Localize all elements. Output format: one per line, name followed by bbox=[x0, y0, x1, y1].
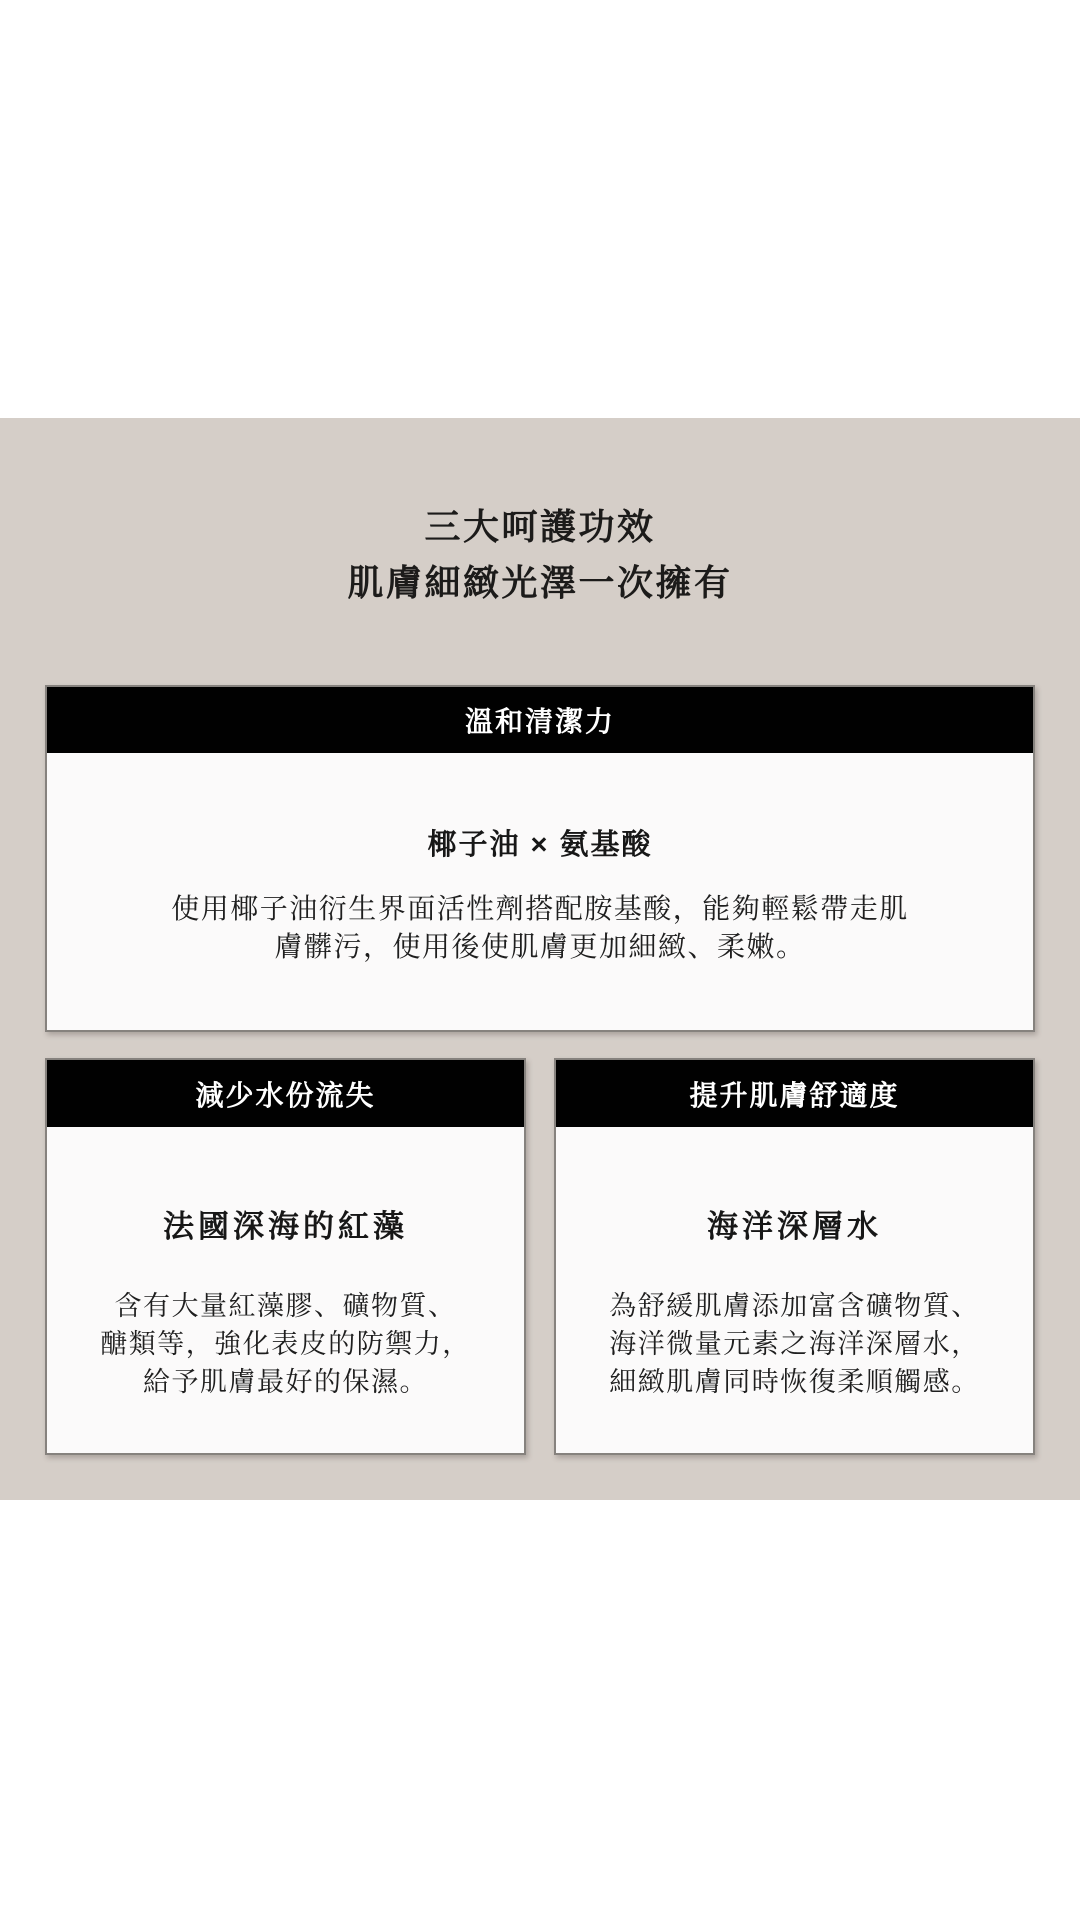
card-header-label: 減少水份流失 bbox=[195, 1074, 375, 1114]
section-title-line-1: 三大呵護功效 bbox=[45, 499, 1035, 555]
section-title-line-2: 肌膚細緻光澤一次擁有 bbox=[45, 555, 1035, 611]
paragraph-line: 海洋微量元素之海洋深層水， bbox=[556, 1325, 1033, 1363]
card-header-label: 提升肌膚舒適度 bbox=[689, 1074, 899, 1114]
card-skin-comfort: 提升肌膚舒適度 海洋深層水 為舒緩肌膚添加富含礦物質、 海洋微量元素之海洋深層水… bbox=[554, 1058, 1035, 1455]
cards-row: 減少水份流失 法國深海的紅藻 含有大量紅藻膠、礦物質、 醣類等，強化表皮的防禦力… bbox=[45, 1058, 1035, 1455]
card-gentle-cleansing: 溫和清潔力 椰子油 × 氨基酸 使用椰子油衍生界面活性劑搭配胺基酸，能夠輕鬆帶走… bbox=[45, 685, 1035, 1032]
card-subheading: 法國深海的紅藻 bbox=[47, 1209, 524, 1245]
card-header-bar: 減少水份流失 bbox=[47, 1060, 524, 1127]
card-paragraph: 為舒緩肌膚添加富含礦物質、 海洋微量元素之海洋深層水， 細緻肌膚同時恢復柔順觸感… bbox=[556, 1287, 1033, 1401]
top-whitespace bbox=[0, 0, 1080, 418]
card-paragraph: 使用椰子油衍生界面活性劑搭配胺基酸，能夠輕鬆帶走肌 膚髒污，使用後使肌膚更加細緻… bbox=[47, 890, 1033, 966]
card-header-label: 溫和清潔力 bbox=[465, 700, 615, 740]
feature-section: 三大呵護功效 肌膚細緻光澤一次擁有 溫和清潔力 椰子油 × 氨基酸 使用椰子油衍… bbox=[0, 418, 1080, 1500]
card-paragraph: 含有大量紅藻膠、礦物質、 醣類等，強化表皮的防禦力， 給予肌膚最好的保濕。 bbox=[47, 1287, 524, 1401]
paragraph-line: 含有大量紅藻膠、礦物質、 bbox=[47, 1287, 524, 1325]
card-moisture-retention: 減少水份流失 法國深海的紅藻 含有大量紅藻膠、礦物質、 醣類等，強化表皮的防禦力… bbox=[45, 1058, 526, 1455]
bottom-whitespace bbox=[0, 1500, 1080, 1920]
paragraph-line: 使用椰子油衍生界面活性劑搭配胺基酸，能夠輕鬆帶走肌 bbox=[47, 890, 1033, 928]
section-title: 三大呵護功效 肌膚細緻光澤一次擁有 bbox=[45, 499, 1035, 611]
card-header-bar: 提升肌膚舒適度 bbox=[556, 1060, 1033, 1127]
paragraph-line: 給予肌膚最好的保濕。 bbox=[47, 1363, 524, 1401]
paragraph-line: 醣類等，強化表皮的防禦力， bbox=[47, 1325, 524, 1363]
card-subheading: 椰子油 × 氨基酸 bbox=[47, 829, 1033, 862]
paragraph-line: 細緻肌膚同時恢復柔順觸感。 bbox=[556, 1363, 1033, 1401]
card-header-bar: 溫和清潔力 bbox=[47, 687, 1033, 753]
page: 三大呵護功效 肌膚細緻光澤一次擁有 溫和清潔力 椰子油 × 氨基酸 使用椰子油衍… bbox=[0, 0, 1080, 1920]
card-body: 海洋深層水 為舒緩肌膚添加富含礦物質、 海洋微量元素之海洋深層水， 細緻肌膚同時… bbox=[556, 1127, 1033, 1401]
paragraph-line: 膚髒污，使用後使肌膚更加細緻、柔嫩。 bbox=[47, 928, 1033, 966]
card-body: 椰子油 × 氨基酸 使用椰子油衍生界面活性劑搭配胺基酸，能夠輕鬆帶走肌 膚髒污，… bbox=[47, 753, 1033, 966]
card-body: 法國深海的紅藻 含有大量紅藻膠、礦物質、 醣類等，強化表皮的防禦力， 給予肌膚最… bbox=[47, 1127, 524, 1401]
card-subheading: 海洋深層水 bbox=[556, 1209, 1033, 1245]
paragraph-line: 為舒緩肌膚添加富含礦物質、 bbox=[556, 1287, 1033, 1325]
